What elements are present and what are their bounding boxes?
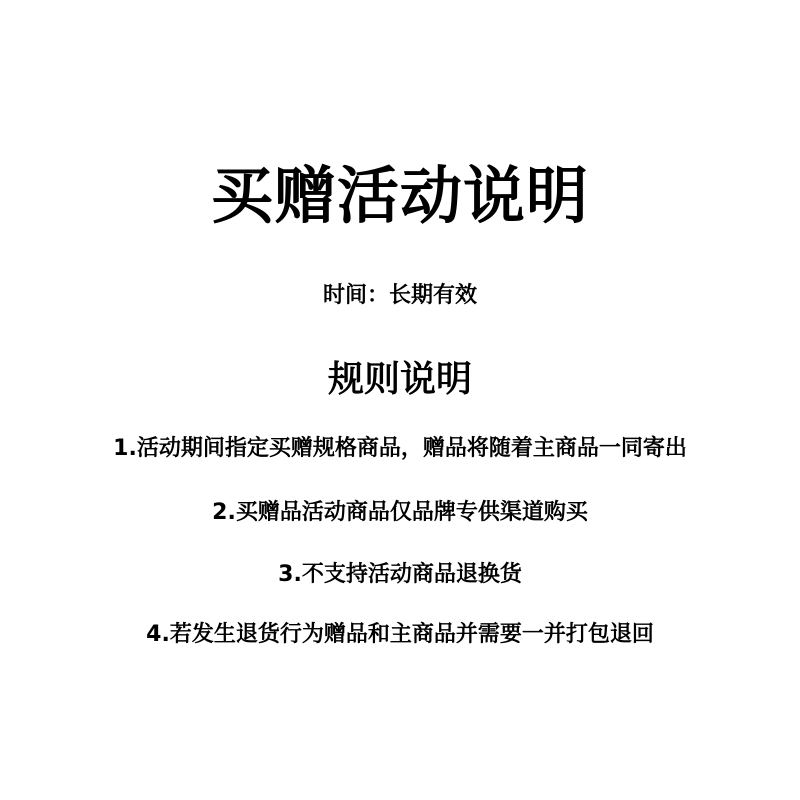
- rule-item: 2.买赠品活动商品仅品牌专供渠道购买: [0, 502, 800, 524]
- page-title: 买赠活动说明: [0, 165, 800, 227]
- section-title: 规则说明: [0, 362, 800, 398]
- rule-item: 3.不支持活动商品退换货: [0, 564, 800, 586]
- rule-item: 4.若发生退货行为赠品和主商品并需要一并打包退回: [0, 624, 800, 646]
- validity-period: 时间：长期有效: [0, 285, 800, 307]
- rule-item: 1.活动期间指定买赠规格商品，赠品将随着主商品一同寄出: [0, 438, 800, 460]
